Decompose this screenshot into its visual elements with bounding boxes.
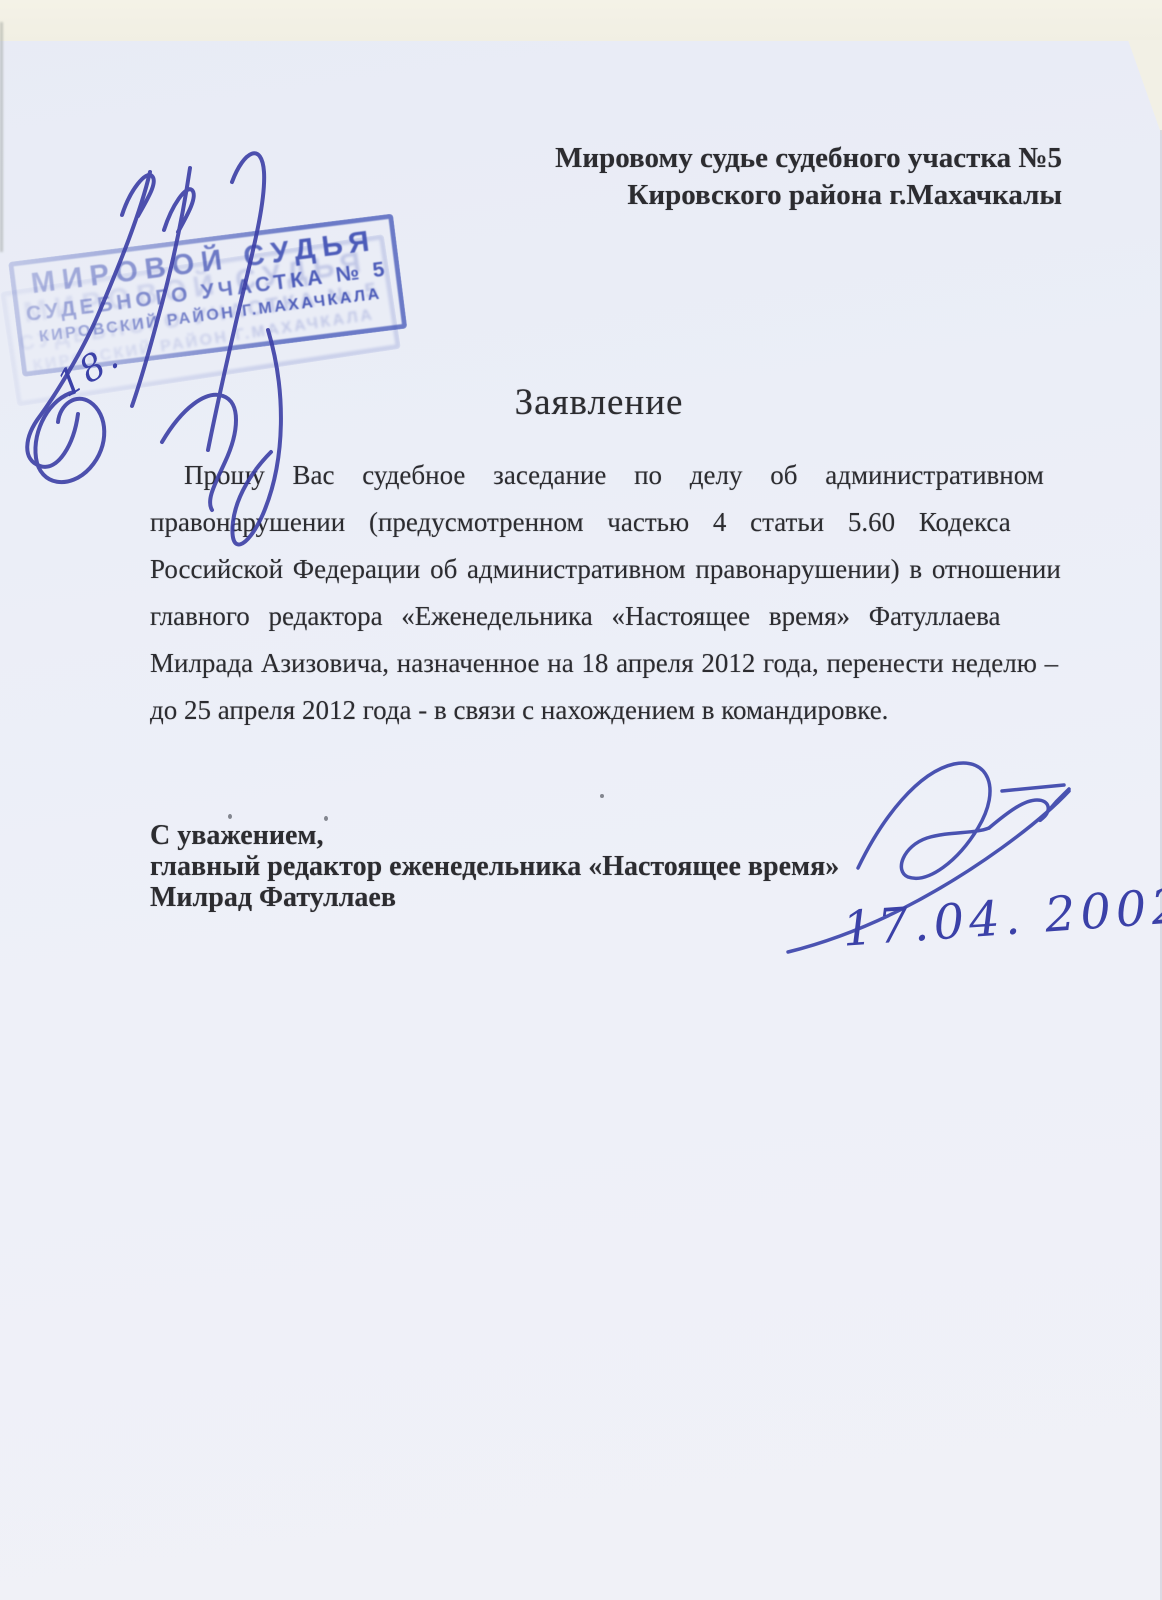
closing-line-2: главный редактор еженедельника «Настояще… — [150, 851, 839, 882]
document-title: Заявление — [150, 381, 1048, 424]
recipient-block: Мировому судье судебного участка №5 Киро… — [555, 140, 1062, 214]
recipient-line-2: Кировского района г.Махачкалы — [555, 177, 1062, 214]
body-line: Российской Федерации об административном… — [150, 546, 1048, 593]
ink-speck — [324, 816, 328, 821]
ink-speck — [600, 794, 604, 798]
recipient-line-1: Мировому судье судебного участка №5 — [555, 140, 1062, 177]
body-line: главного редактора «Еженедельника «Насто… — [150, 593, 1048, 640]
scanned-page: Мировому судье судебного участка №5 Киро… — [0, 0, 1162, 1600]
ink-speck — [228, 814, 232, 819]
body-line: до 25 апреля 2012 года - в связи с нахож… — [150, 687, 1048, 734]
body-paragraph: Прошу Вас судебное заседание по делу об … — [150, 452, 1048, 734]
body-line: правонарушении (предусмотренном частью 4… — [150, 499, 1048, 546]
paper: Мировому судье судебного участка №5 Киро… — [0, 0, 1162, 1600]
closing-line-3: Милрад Фатуллаев — [150, 882, 839, 913]
scanner-background-top — [0, 0, 1162, 41]
body-line: Прошу Вас судебное заседание по делу об … — [150, 452, 1048, 499]
page-edge-left — [0, 22, 3, 252]
closing-block: С уважением, главный редактор еженедельн… — [150, 820, 839, 913]
handwritten-date: 17.04. 2002г. — [841, 874, 1162, 957]
body-line: Милрада Азизовича, назначенное на 18 апр… — [150, 640, 1048, 687]
closing-line-1: С уважением, — [150, 820, 839, 851]
